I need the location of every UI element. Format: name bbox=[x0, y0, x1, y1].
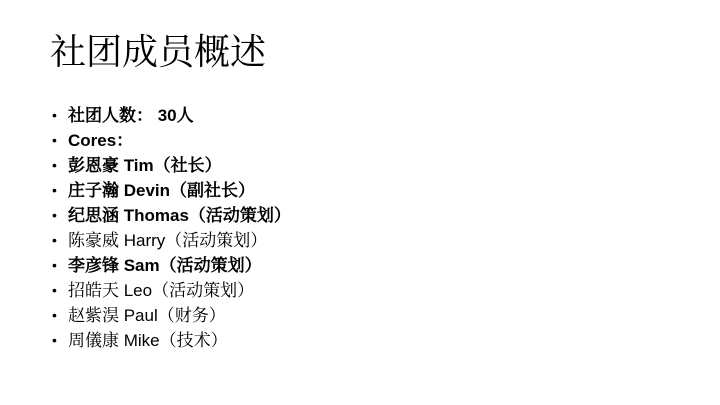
bullet-text: 招皓天 Leo（活动策划） bbox=[68, 278, 254, 303]
bullet-marker-icon: • bbox=[52, 328, 68, 353]
bullet-text: 赵紫淏 Paul（财务） bbox=[68, 303, 226, 328]
bullet-text: 庄子瀚 Devin（副社长） bbox=[68, 178, 255, 203]
bullet-marker-icon: • bbox=[52, 103, 68, 128]
bullet-marker-icon: • bbox=[52, 303, 68, 328]
bullet-marker-icon: • bbox=[52, 178, 68, 203]
bullet-text: 社团人数： 30人 bbox=[68, 103, 194, 128]
bullet-marker-icon: • bbox=[52, 128, 68, 153]
list-item: •陈豪威 Harry（活动策划） bbox=[52, 228, 291, 253]
bullet-text: 周儀康 Mike（技术） bbox=[68, 328, 228, 353]
list-item: •赵紫淏 Paul（财务） bbox=[52, 303, 291, 328]
list-item: •彭恩豪 Tim（社长） bbox=[52, 153, 291, 178]
slide-title: 社团成员概述 bbox=[50, 28, 266, 76]
list-item: •招皓天 Leo（活动策划） bbox=[52, 278, 291, 303]
bullet-list: •社团人数： 30人•Cores：•彭恩豪 Tim（社长）•庄子瀚 Devin（… bbox=[52, 103, 291, 353]
bullet-marker-icon: • bbox=[52, 253, 68, 278]
list-item: •周儀康 Mike（技术） bbox=[52, 328, 291, 353]
list-item: •Cores： bbox=[52, 128, 291, 153]
bullet-text: 纪思涵 Thomas（活动策划） bbox=[68, 203, 291, 228]
list-item: •纪思涵 Thomas（活动策划） bbox=[52, 203, 291, 228]
list-item: •社团人数： 30人 bbox=[52, 103, 291, 128]
bullet-text: 彭恩豪 Tim（社长） bbox=[68, 153, 222, 178]
presentation-slide: 社团成员概述 •社团人数： 30人•Cores：•彭恩豪 Tim（社长）•庄子瀚… bbox=[0, 0, 720, 405]
bullet-text: Cores： bbox=[68, 128, 133, 153]
list-item: •庄子瀚 Devin（副社长） bbox=[52, 178, 291, 203]
list-item: •李彦锋 Sam（活动策划） bbox=[52, 253, 291, 278]
bullet-text: 李彦锋 Sam（活动策划） bbox=[68, 253, 262, 278]
bullet-marker-icon: • bbox=[52, 228, 68, 253]
bullet-marker-icon: • bbox=[52, 203, 68, 228]
bullet-marker-icon: • bbox=[52, 153, 68, 178]
bullet-marker-icon: • bbox=[52, 278, 68, 303]
bullet-text: 陈豪威 Harry（活动策划） bbox=[68, 228, 267, 253]
